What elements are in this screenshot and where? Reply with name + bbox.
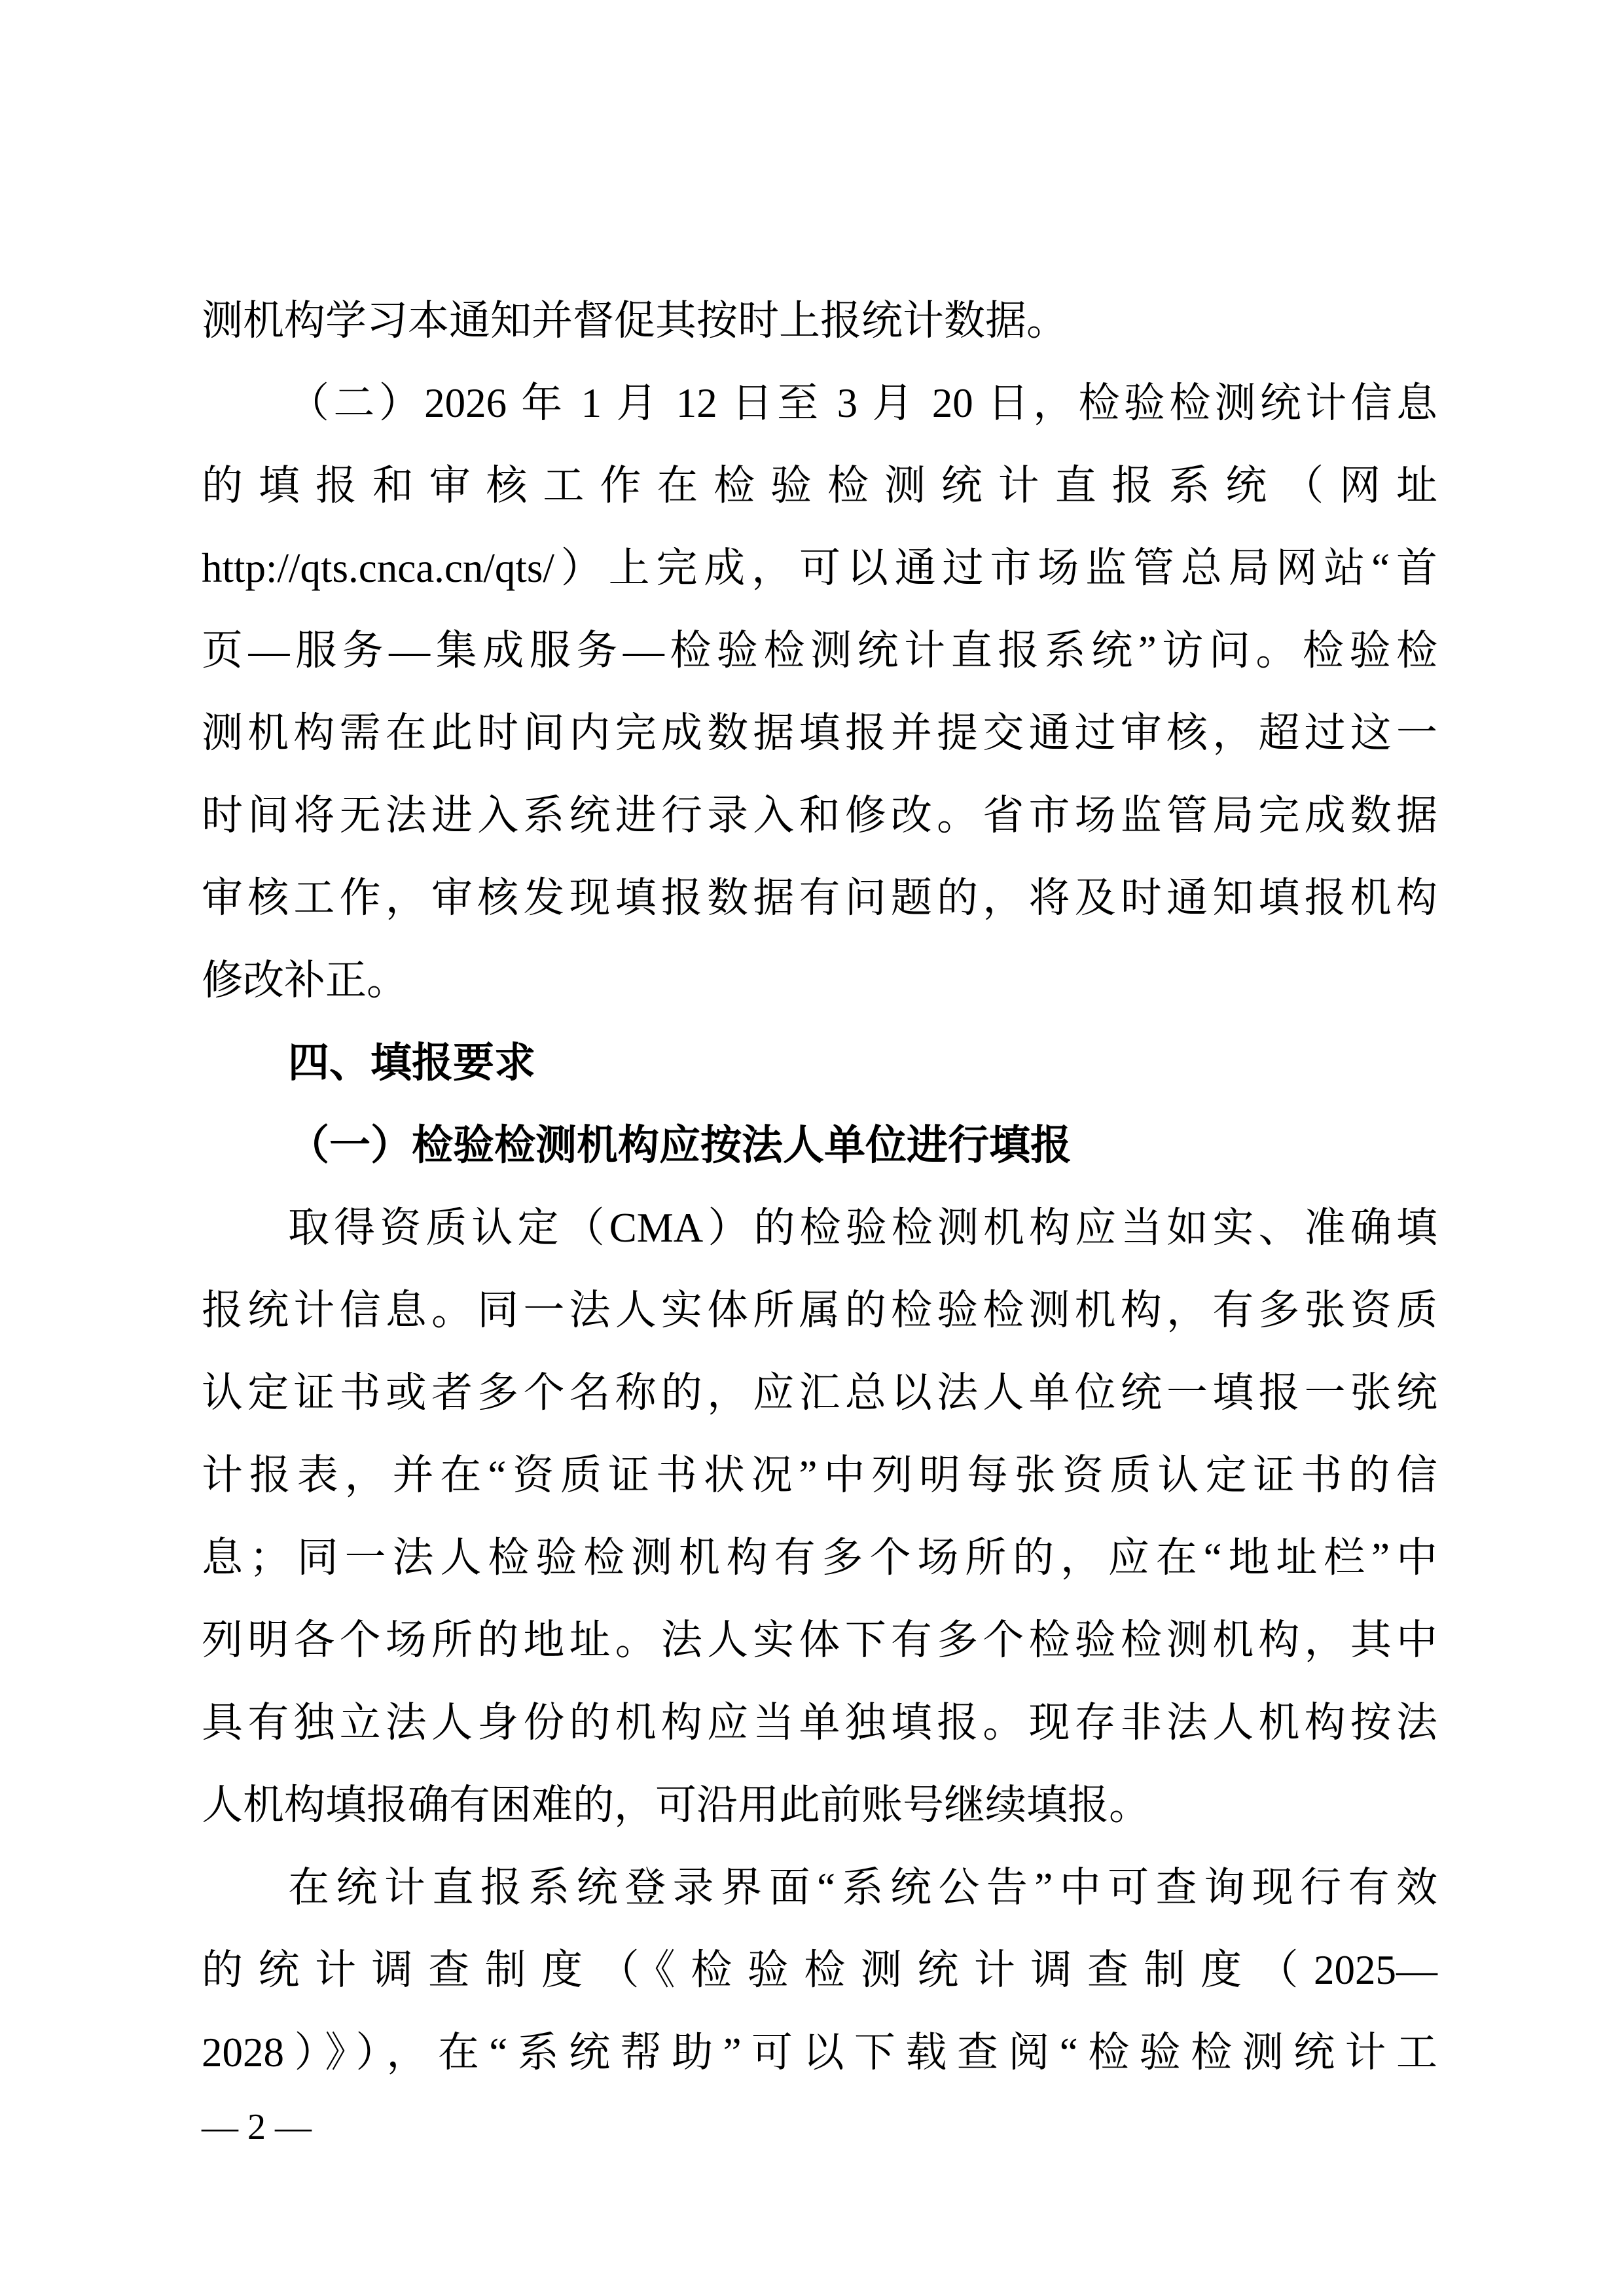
body-line: 具有独立法人身份的机构应当单独填报。现存非法人机构按法 — [202, 1681, 1437, 1764]
body-line: 的统计调查制度（《检验检测统计调查制度（2025— — [202, 1929, 1437, 2011]
page-number: — 2 — — [202, 2100, 312, 2155]
document-body: 测机构学习本通知并督促其按时上报统计数据。 （二）2026 年 1 月 12 日… — [202, 279, 1437, 2094]
body-line: 报统计信息。同一法人实体所属的检验检测机构，有多张资质 — [202, 1269, 1437, 1352]
body-line: 审核工作，审核发现填报数据有问题的，将及时通知填报机构 — [202, 857, 1437, 939]
body-line: 人机构填报确有困难的，可沿用此前账号继续填报。 — [202, 1764, 1437, 1846]
body-line: 修改补正。 — [202, 939, 1437, 1022]
body-line: 取得资质认定（CMA）的检验检测机构应当如实、准确填 — [202, 1187, 1437, 1269]
body-line: （二）2026 年 1 月 12 日至 3 月 20 日，检验检测统计信息 — [202, 362, 1437, 444]
body-line: 时间将无法进入系统进行录入和修改。省市场监管局完成数据 — [202, 774, 1437, 857]
body-line: 列明各个场所的地址。法人实体下有多个检验检测机构，其中 — [202, 1599, 1437, 1681]
document-page: 测机构学习本通知并督促其按时上报统计数据。 （二）2026 年 1 月 12 日… — [0, 0, 1624, 2296]
section-heading-line: 四、填报要求 — [202, 1022, 1437, 1104]
body-line: 在统计直报系统登录界面“系统公告”中可查询现行有效 — [202, 1846, 1437, 1929]
body-line: 测机构学习本通知并督促其按时上报统计数据。 — [202, 279, 1437, 362]
subsection-heading-line: （一）检验检测机构应按法人单位进行填报 — [202, 1104, 1437, 1187]
body-line: 的填报和审核工作在检验检测统计直报系统（网址 — [202, 444, 1437, 527]
body-line: 2028）》），在“系统帮助”可以下载查阅“检验检测统计工 — [202, 2011, 1437, 2094]
body-line: 页—服务—集成服务—检验检测统计直报系统”访问。检验检 — [202, 609, 1437, 692]
body-line: 认定证书或者多个名称的，应汇总以法人单位统一填报一张统 — [202, 1352, 1437, 1434]
body-line: 息；同一法人检验检测机构有多个场所的，应在“地址栏”中 — [202, 1516, 1437, 1599]
body-line: 计报表，并在“资质证书状况”中列明每张资质认定证书的信 — [202, 1434, 1437, 1516]
body-line: http://qts.cnca.cn/qts/）上完成，可以通过市场监管总局网站… — [202, 527, 1437, 609]
body-line: 测机构需在此时间内完成数据填报并提交通过审核，超过这一 — [202, 692, 1437, 774]
